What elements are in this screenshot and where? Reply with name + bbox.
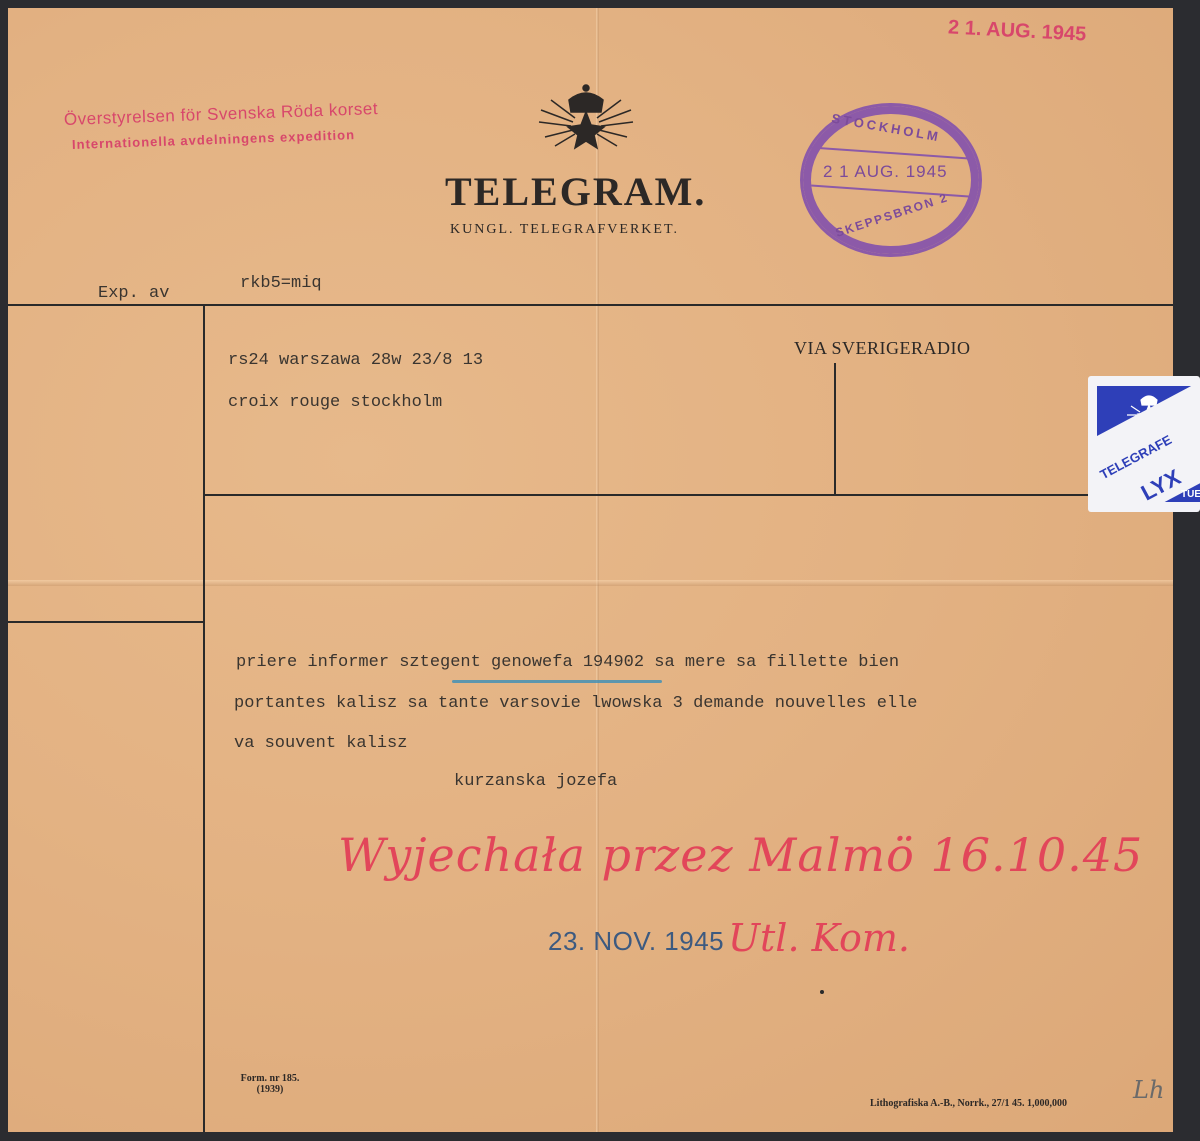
rule-header-box-bottom (204, 494, 1104, 496)
signature: kurzanska jozefa (454, 772, 617, 791)
lyx-telegram-label: TELEGRAFE LYX TUE (1088, 376, 1200, 512)
fold-crease-horizontal (8, 580, 1173, 586)
exp-value: rkb5=miq (240, 274, 322, 293)
red-organisation-stamp-line2: Internationella avdelningens expedition (72, 127, 356, 152)
rule-left-column (203, 304, 205, 1132)
postmark-city: STOCKHOLM (831, 111, 942, 145)
footer-form-year: (1939) (230, 1084, 310, 1095)
rule-via-divider (834, 363, 836, 495)
pencil-initials: Lh (1133, 1076, 1164, 1104)
via-sverigeradio-label: VIA SVERIGERADIO (794, 338, 971, 359)
red-date-stamp: 2 1. AUG. 1945 (947, 16, 1086, 46)
handwritten-note: Wyjechała przez Malmö 16.10.45 (338, 828, 1143, 882)
message-line-1: priere informer sztegent genowefa 194902… (236, 653, 899, 672)
exp-label: Exp. av (98, 284, 169, 303)
stockholm-postmark: STOCKHOLM 2 1 AUG. 1945 SKEPPSBRON 2 (800, 103, 982, 257)
postmark-office: SKEPPSBRON 2 (834, 190, 951, 240)
postmark-date: 2 1 AUG. 1945 (823, 162, 948, 182)
address-line: croix rouge stockholm (228, 393, 442, 412)
telegram-paper: Överstyrelsen för Svenska Röda korset In… (8, 8, 1173, 1132)
footer-printer: Lithografiska A.-B., Norrk., 27/1 45. 1,… (870, 1098, 1067, 1109)
ink-dot (820, 990, 824, 994)
message-line-3: va souvent kalisz (234, 734, 407, 753)
footer-form-label: Form. nr 185. (230, 1073, 310, 1084)
rule-left-mid (8, 621, 204, 623)
handwritten-signature: Utl. Kom. (728, 916, 910, 960)
blue-pencil-underline (452, 680, 662, 683)
postmark-bar-top (811, 146, 969, 159)
message-line-2: portantes kalisz sa tante varsovie lwows… (234, 694, 918, 713)
page-title: TELEGRAM. (445, 168, 706, 215)
page-subtitle: KUNGL. TELEGRAFVERKET. (450, 222, 679, 238)
red-organisation-stamp-line1: Överstyrelsen för Svenska Röda korset (64, 99, 379, 130)
lyx-label-text3: TUE (1181, 489, 1200, 500)
routing-line: rs24 warszawa 28w 23/8 13 (228, 351, 483, 370)
footer-form-number: Form. nr 185. (1939) (230, 1073, 310, 1095)
crown-star-emblem-icon (531, 82, 641, 157)
blue-date-stamp: 23. NOV. 1945 (548, 926, 724, 957)
rule-top (8, 304, 1173, 306)
lyx-label-blue-field: TELEGRAFE LYX TUE (1097, 386, 1200, 502)
